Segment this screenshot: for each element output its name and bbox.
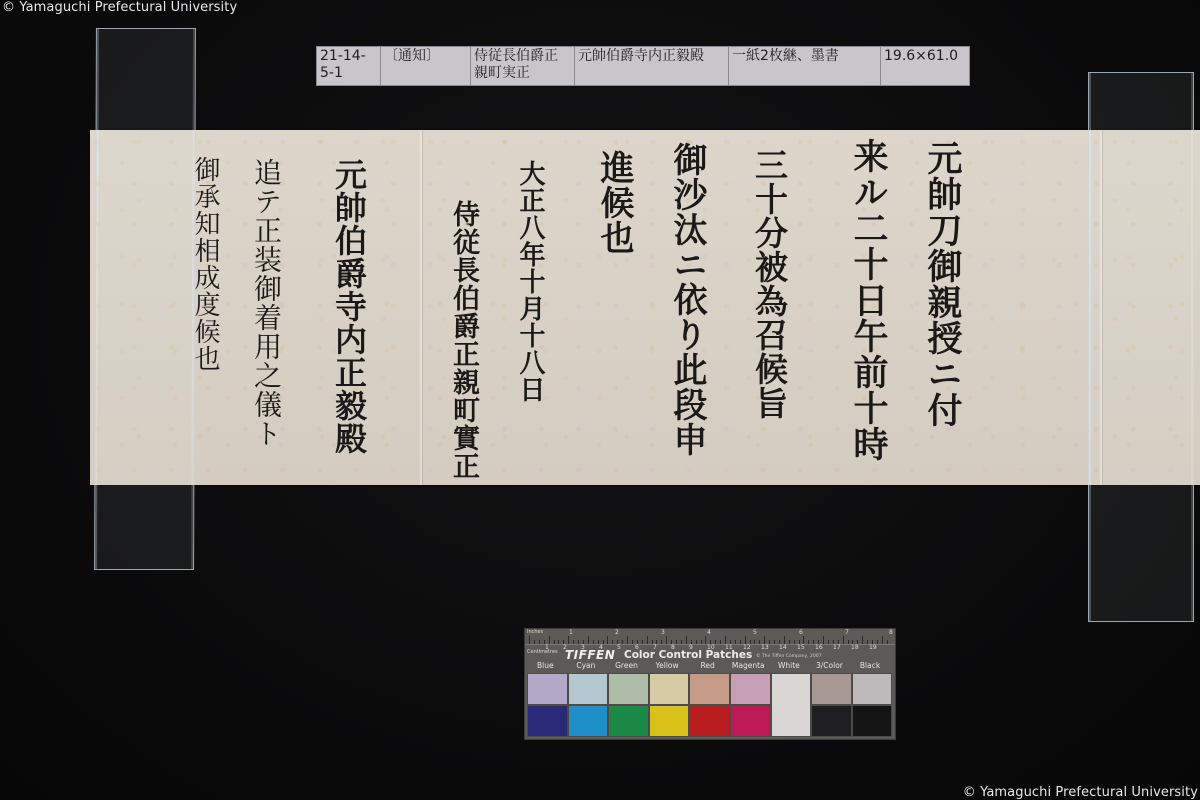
patch-label: Cyan [566, 661, 607, 670]
ruler-inches-label: Inches [527, 629, 543, 635]
ruler-tick [725, 636, 726, 644]
document-column-recipient: 元帥伯爵寺内正毅殿 [330, 158, 368, 455]
patch-green-dark [608, 705, 649, 737]
cm-tick-label: 5 [617, 644, 621, 651]
patch-magenta-light [730, 673, 771, 705]
ruler-tick [588, 636, 589, 644]
patch-red-light [689, 673, 730, 705]
document-column-sender: 侍従長伯爵正親町實正 [447, 200, 479, 480]
patch-white [771, 673, 812, 737]
inch-tick-label: 4 [707, 629, 711, 636]
inch-tick-label: 6 [799, 629, 803, 636]
color-control-card: Inches 1 2 3 4 5 6 7 8 Centimetres 1 2 3… [524, 628, 896, 740]
copyright-watermark-top: © Yamaguchi Prefectural University [2, 0, 237, 15]
document-column-5: 進候也 [595, 150, 633, 255]
patch-cyan-dark [568, 705, 609, 737]
ruler-tick [784, 636, 785, 644]
inch-tick-label: 2 [615, 629, 619, 636]
catalog-format: 一紙2枚継、墨書 [729, 47, 881, 85]
patch-blue-light [527, 673, 568, 705]
patch-labels: Blue Cyan Green Yellow Red Magenta White… [525, 661, 895, 670]
patch-black-light [852, 673, 893, 705]
patch-label: Yellow [647, 661, 688, 670]
ruler-tick [882, 636, 883, 644]
ruler-tick [666, 636, 667, 644]
patch-red-dark [689, 705, 730, 737]
patch-3-color-light [811, 673, 852, 705]
patch-blue-dark [527, 705, 568, 737]
patch-black-dark [852, 705, 893, 737]
copyright-watermark-bottom: © Yamaguchi Prefectural University [963, 785, 1198, 800]
patch-3-color-dark [811, 705, 852, 737]
ruler-tick [568, 636, 569, 644]
document-column-3: 三十分被為召候旨 [750, 148, 788, 420]
document-paper: 元帥刀御親授ニ付 来ル二十日午前十時 三十分被為召候旨 御沙汰ニ依り此段申 進候… [90, 130, 1200, 485]
patch-label: Magenta [728, 661, 769, 670]
cm-tick-label: 17 [833, 644, 841, 651]
catalog-dimensions: 19.6×61.0 [881, 47, 969, 85]
cm-tick-label: 16 [815, 644, 823, 651]
ruler-tick [647, 636, 648, 644]
patch-label: 3/Color [809, 661, 850, 670]
ruler-tick [627, 636, 628, 644]
document-column-1: 元帥刀御親授ニ付 [922, 140, 962, 428]
color-patch-grid [527, 673, 892, 737]
patch-green-light [608, 673, 649, 705]
patch-label: Black [850, 661, 891, 670]
cm-tick-label: 18 [851, 644, 859, 651]
document-column-2: 来ル二十日午前十時 [848, 138, 888, 462]
card-title: Color Control Patches [624, 649, 752, 661]
catalog-recipient: 元帥伯爵寺内正毅殿 [575, 47, 729, 85]
paper-join-line [420, 130, 422, 485]
patch-yellow-dark [649, 705, 690, 737]
acrylic-weight-left [94, 28, 196, 570]
cm-tick-label: 19 [869, 644, 877, 651]
ruler-tick [549, 636, 550, 644]
catalog-id: 21-14-5-1 [317, 47, 381, 85]
patch-label: White [769, 661, 810, 670]
ruler-tick [607, 636, 608, 644]
ruler-tick [862, 636, 863, 644]
inch-tick-label: 7 [845, 629, 849, 636]
ruler-tick [705, 636, 706, 644]
document-column-date: 大正八年十月十八日 [515, 160, 545, 403]
tiffen-logo: TIFFEN [565, 648, 615, 662]
ruler-tick [686, 636, 687, 644]
catalog-type: 〔通知〕 [381, 47, 471, 85]
ruler-tick [823, 636, 824, 644]
cm-tick-label: 1 [545, 644, 549, 651]
ruler-tick [529, 636, 530, 644]
inch-tick-label: 1 [569, 629, 573, 636]
patch-yellow-light [649, 673, 690, 705]
patch-label: Green [606, 661, 647, 670]
ruler-tick [764, 636, 765, 644]
cm-tick-label: 13 [761, 644, 769, 651]
ruler: Inches 1 2 3 4 5 6 7 8 [525, 629, 895, 645]
patch-cyan-light [568, 673, 609, 705]
patch-magenta-dark [730, 705, 771, 737]
ruler-centimetres-label: Centimetres [527, 649, 558, 655]
inch-tick-label: 5 [753, 629, 757, 636]
inch-tick-label: 3 [661, 629, 665, 636]
card-copyright: © The Tiffen Company, 2007 [756, 654, 821, 659]
patch-label: Red [687, 661, 728, 670]
cm-tick-label: 14 [779, 644, 787, 651]
inch-tick-label: 8 [889, 629, 893, 636]
cm-tick-label: 15 [797, 644, 805, 651]
ruler-tick [843, 636, 844, 644]
patch-label: Blue [525, 661, 566, 670]
catalog-sender: 侍従長伯爵正親町実正 [471, 47, 575, 85]
ruler-tick [745, 636, 746, 644]
document-column-4: 御沙汰ニ依り此段申 [668, 142, 706, 457]
ruler-tick [803, 636, 804, 644]
acrylic-weight-right [1088, 72, 1194, 622]
catalog-label: 21-14-5-1 〔通知〕 侍従長伯爵正親町実正 元帥伯爵寺内正毅殿 一紙2枚… [316, 46, 970, 86]
document-column-postscript-1: 追テ正装御着用之儀ト [250, 158, 282, 448]
